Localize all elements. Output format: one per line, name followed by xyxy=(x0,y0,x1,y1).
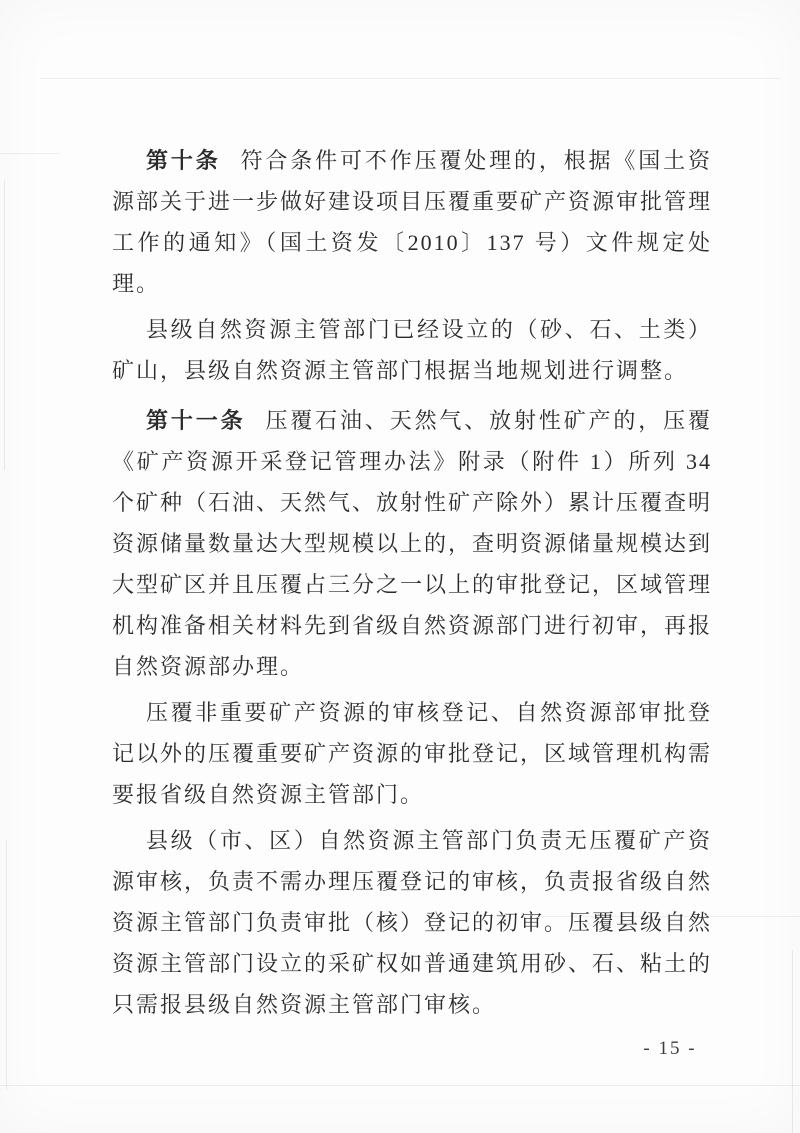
county-review-text: 县级（市、区）自然资源主管部门负责无压覆矿产资源审核，负责不需办理压覆登记的审核… xyxy=(112,828,712,1017)
non-important-minerals-text: 压覆非重要矿产资源的审核登记、自然资源部审批登记以外的压覆重要矿产资源的审批登记… xyxy=(112,700,712,807)
scan-artifact-line xyxy=(6,840,7,1090)
paragraph-article-11: 第十一条压覆石油、天然气、放射性矿产的，压覆《矿产资源开采登记管理办法》附录（附… xyxy=(112,400,712,687)
document-body: 第十条符合条件可不作压覆处理的，根据《国土资源部关于进一步做好建设项目压覆重要矿… xyxy=(112,140,712,1030)
scanned-document-page: 第十条符合条件可不作压覆处理的，根据《国土资源部关于进一步做好建设项目压覆重要矿… xyxy=(0,0,800,1133)
scan-artifact-line xyxy=(0,1085,800,1086)
paragraph-county-review: 县级（市、区）自然资源主管部门负责无压覆矿产资源审核，负责不需办理压覆登记的审核… xyxy=(112,820,712,1025)
article-10-number: 第十条 xyxy=(146,148,221,173)
article-11-text: 压覆石油、天然气、放射性矿产的，压覆《矿产资源开采登记管理办法》附录（附件 1）… xyxy=(112,408,712,679)
scan-artifact-line xyxy=(0,153,60,154)
article-11-number: 第十一条 xyxy=(146,408,245,433)
county-mines-text: 县级自然资源主管部门已经设立的（砂、石、土类）矿山，县级自然资源主管部门根据当地… xyxy=(112,317,712,383)
paragraph-non-important-minerals: 压覆非重要矿产资源的审核登记、自然资源部审批登记以外的压覆重要矿产资源的审批登记… xyxy=(112,692,712,815)
scan-artifact-line xyxy=(40,78,780,79)
paragraph-county-mines: 县级自然资源主管部门已经设立的（砂、石、土类）矿山，县级自然资源主管部门根据当地… xyxy=(112,309,712,391)
paragraph-article-10: 第十条符合条件可不作压覆处理的，根据《国土资源部关于进一步做好建设项目压覆重要矿… xyxy=(112,140,712,304)
scan-artifact-line xyxy=(792,950,793,1133)
scan-artifact-line xyxy=(4,180,5,470)
page-number: - 15 - xyxy=(630,1036,710,1062)
